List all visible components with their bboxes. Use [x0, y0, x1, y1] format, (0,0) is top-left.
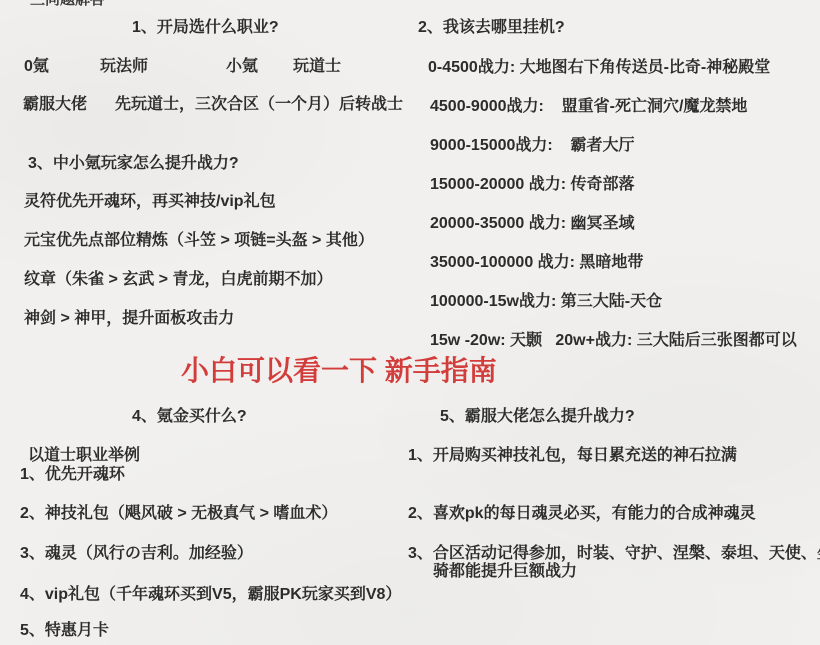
- q2-line: 0-4500战力: 大地图右下角传送员-比奇-神秘殿堂: [428, 59, 770, 77]
- q2-line: 9000-15000战力: 霸者大厅: [430, 137, 635, 155]
- q3-line: 神剑 > 神甲，提升面板攻击力: [24, 310, 234, 328]
- q5-item-wrapped-line2: 骑都能提升巨额战力: [433, 563, 577, 581]
- section4-title: 4、氪金买什么?: [132, 408, 247, 426]
- q5-item: 2、喜欢pk的每日魂灵必买，有能力的合成神魂灵: [408, 505, 756, 523]
- q1-row2-label: 霸服大佬: [23, 96, 87, 114]
- q3-line: 元宝优先点部位精炼（斗笠 > 项链=头盔 > 其他）: [24, 232, 374, 250]
- q4-item: 5、特惠月卡: [20, 622, 109, 640]
- q4-item: 1、优先开魂环: [20, 466, 125, 484]
- q2-line: 20000-35000 战力: 幽冥圣域: [430, 215, 635, 233]
- q2-line: 15000-20000 战力: 传奇部落: [430, 176, 635, 194]
- section1-title: 1、开局选什么职业?: [132, 19, 279, 37]
- newbie-guide-banner: 小白可以看一下 新手指南: [181, 356, 497, 387]
- q1-option-taoist: 玩道士: [293, 58, 341, 76]
- q4-item: 2、神技礼包（飓风破 > 无极真气 > 嗜血术）: [20, 505, 337, 523]
- section5-title: 5、霸服大佬怎么提升战力?: [440, 408, 635, 426]
- section3-title: 3、中小氪玩家怎么提升战力?: [28, 155, 239, 173]
- q2-line: 15w -20w: 天颢 20w+战力: 三大陆后三张图都可以: [430, 332, 797, 350]
- q1-option-mage: 玩法师: [100, 58, 148, 76]
- q1-option-0kr: 0氪: [24, 58, 49, 76]
- clipped-page-title: 三问题解答: [30, 0, 105, 9]
- guide-document: { "colors": { "background": "#f1f0ee", "…: [0, 0, 820, 645]
- q4-intro: 以道士职业举例: [28, 447, 140, 465]
- q1-row2-text: 先玩道士，三次合区（一个月）后转战士: [115, 96, 403, 114]
- q1-option-smallkr: 小氪: [226, 58, 258, 76]
- q4-item: 4、vip礼包（千年魂环买到V5，霸服PK玩家买到V8）: [20, 586, 401, 604]
- q2-line: 35000-100000 战力: 黑暗地带: [430, 254, 643, 272]
- q4-item: 3、魂灵（风行の吉利。加经验）: [20, 545, 253, 563]
- q2-line: 100000-15w战力: 第三大陆-天仓: [430, 293, 662, 311]
- q5-item-wrapped-line1: 3、合区活动记得参加，时装、守护、涅槃、泰坦、天使、坐: [408, 545, 820, 563]
- q5-item: 1、开局购买神技礼包，每日累充送的神石拉满: [408, 447, 737, 465]
- q3-line: 纹章（朱雀 > 玄武 > 青龙，白虎前期不加）: [24, 271, 332, 289]
- q2-line: 4500-9000战力: 盟重省-死亡洞穴/魔龙禁地: [430, 98, 747, 116]
- q3-line: 灵符优先开魂环，再买神技/vip礼包: [24, 193, 276, 211]
- section2-title: 2、我该去哪里挂机?: [418, 19, 565, 37]
